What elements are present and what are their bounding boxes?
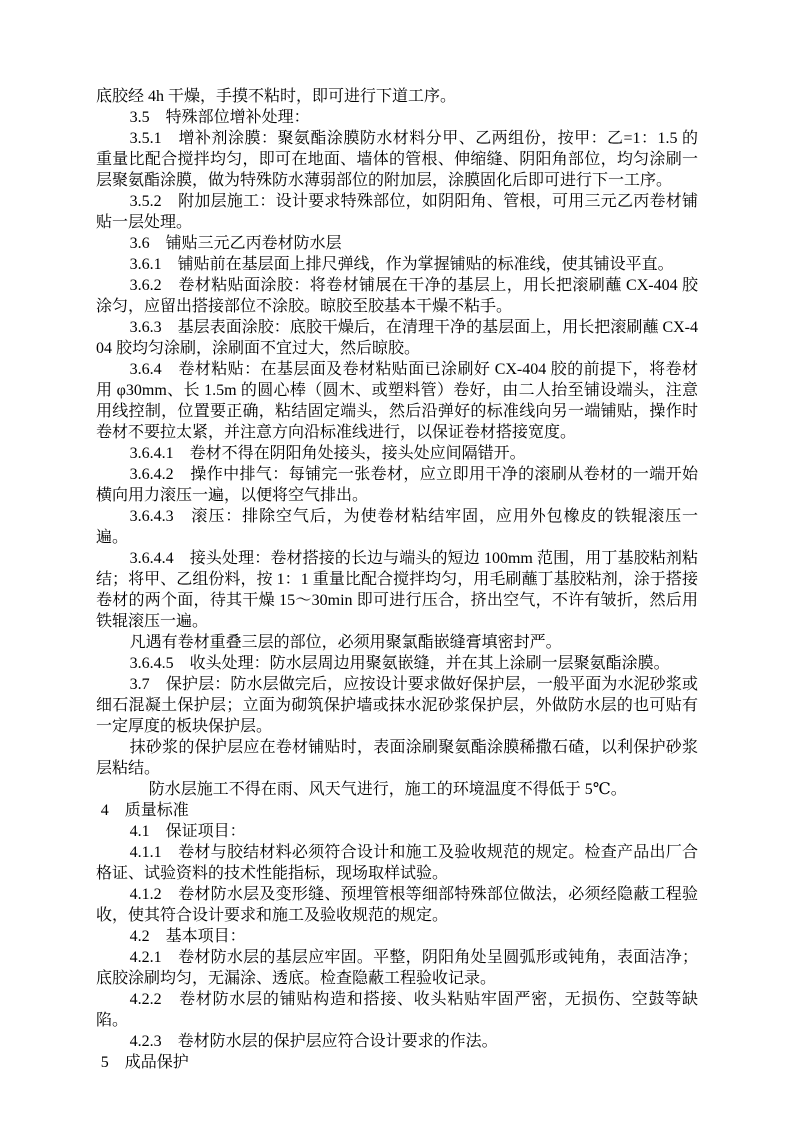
paragraph: 4.2.3 卷材防水层的保护层应符合设计要求的作法。 <box>96 1031 698 1052</box>
paragraph: 5 成品保护 <box>96 1052 698 1073</box>
paragraph: 4.2.1 卷材防水层的基层应牢固。平整，阴阳角处呈圆弧形或钝角，表面洁净；底胶… <box>96 947 698 989</box>
paragraph: 3.6.4.4 接头处理：卷材搭接的长边与端头的短边 100mm 范围，用丁基胶… <box>96 548 698 632</box>
paragraph: 3.6.3 基层表面涂胶：底胶干燥后，在清理干净的基层面上，用长把滚刷蘸 CX-… <box>96 317 698 359</box>
paragraph: 3.7 保护层：防水层做完后，应按设计要求做好保护层，一般平面为水泥砂浆或细石混… <box>96 674 698 737</box>
paragraph: 防水层施工不得在雨、风天气进行，施工的环境温度不得低于 5℃。 <box>96 779 698 800</box>
paragraph: 3.6.4.3 滚压：排除空气后，为使卷材粘结牢固，应用外包橡皮的铁辊滚压一遍。 <box>96 506 698 548</box>
paragraph: 4.1.1 卷材与胶结材料必须符合设计和施工及验收规范的规定。检查产品出厂合格证… <box>96 842 698 884</box>
paragraph: 4.2.2 卷材防水层的铺贴构造和搭接、收头粘贴牢固严密，无损伤、空鼓等缺陷。 <box>96 989 698 1031</box>
paragraph: 3.6.2 卷材粘贴面涂胶：将卷材铺展在干净的基层上，用长把滚刷蘸 CX-404… <box>96 275 698 317</box>
paragraph: 3.5.2 附加层施工：设计要求特殊部位，如阴阳角、管根，可用三元乙丙卷材铺贴一… <box>96 191 698 233</box>
paragraph: 4 质量标准 <box>96 800 698 821</box>
paragraph: 3.6 铺贴三元乙丙卷材防水层 <box>96 233 698 254</box>
paragraph: 4.1 保证项目： <box>96 821 698 842</box>
paragraph: 3.5 特殊部位增补处理： <box>96 107 698 128</box>
paragraph: 底胶经 4h 干燥，手摸不粘时，即可进行下道工序。 <box>96 86 698 107</box>
document-body: 底胶经 4h 干燥，手摸不粘时，即可进行下道工序。3.5 特殊部位增补处理：3.… <box>0 0 793 1073</box>
paragraph: 4.2 基本项目： <box>96 926 698 947</box>
paragraph: 凡遇有卷材重叠三层的部位，必须用聚氯酯嵌缝膏填密封严。 <box>96 632 698 653</box>
paragraph: 3.6.4.2 操作中排气：每铺完一张卷材，应立即用干净的滚刷从卷材的一端开始横… <box>96 464 698 506</box>
paragraph: 3.6.4.1 卷材不得在阴阳角处接头，接头处应间隔错开。 <box>96 443 698 464</box>
paragraph: 抹砂浆的保护层应在卷材铺贴时，表面涂刷聚氨酯涂膜稀撒石碴，以利保护砂浆层粘结。 <box>96 737 698 779</box>
paragraph: 3.5.1 增补剂涂膜：聚氨酯涂膜防水材料分甲、乙两组份，按甲：乙=1：1.5 … <box>96 128 698 191</box>
document-page: 底胶经 4h 干燥，手摸不粘时，即可进行下道工序。3.5 特殊部位增补处理：3.… <box>0 0 793 1122</box>
paragraph: 3.6.4 卷材粘贴：在基层面及卷材粘贴面已涂刷好 CX-404 胶的前提下，将… <box>96 359 698 443</box>
paragraph: 4.1.2 卷材防水层及变形缝、预埋管根等细部特殊部位做法，必须经隐蔽工程验收，… <box>96 884 698 926</box>
paragraph: 3.6.4.5 收头处理：防水层周边用聚氨嵌缝，并在其上涂刷一层聚氨酯涂膜。 <box>96 653 698 674</box>
paragraph: 3.6.1 铺贴前在基层面上排尺弹线，作为掌握铺贴的标准线，使其铺设平直。 <box>96 254 698 275</box>
